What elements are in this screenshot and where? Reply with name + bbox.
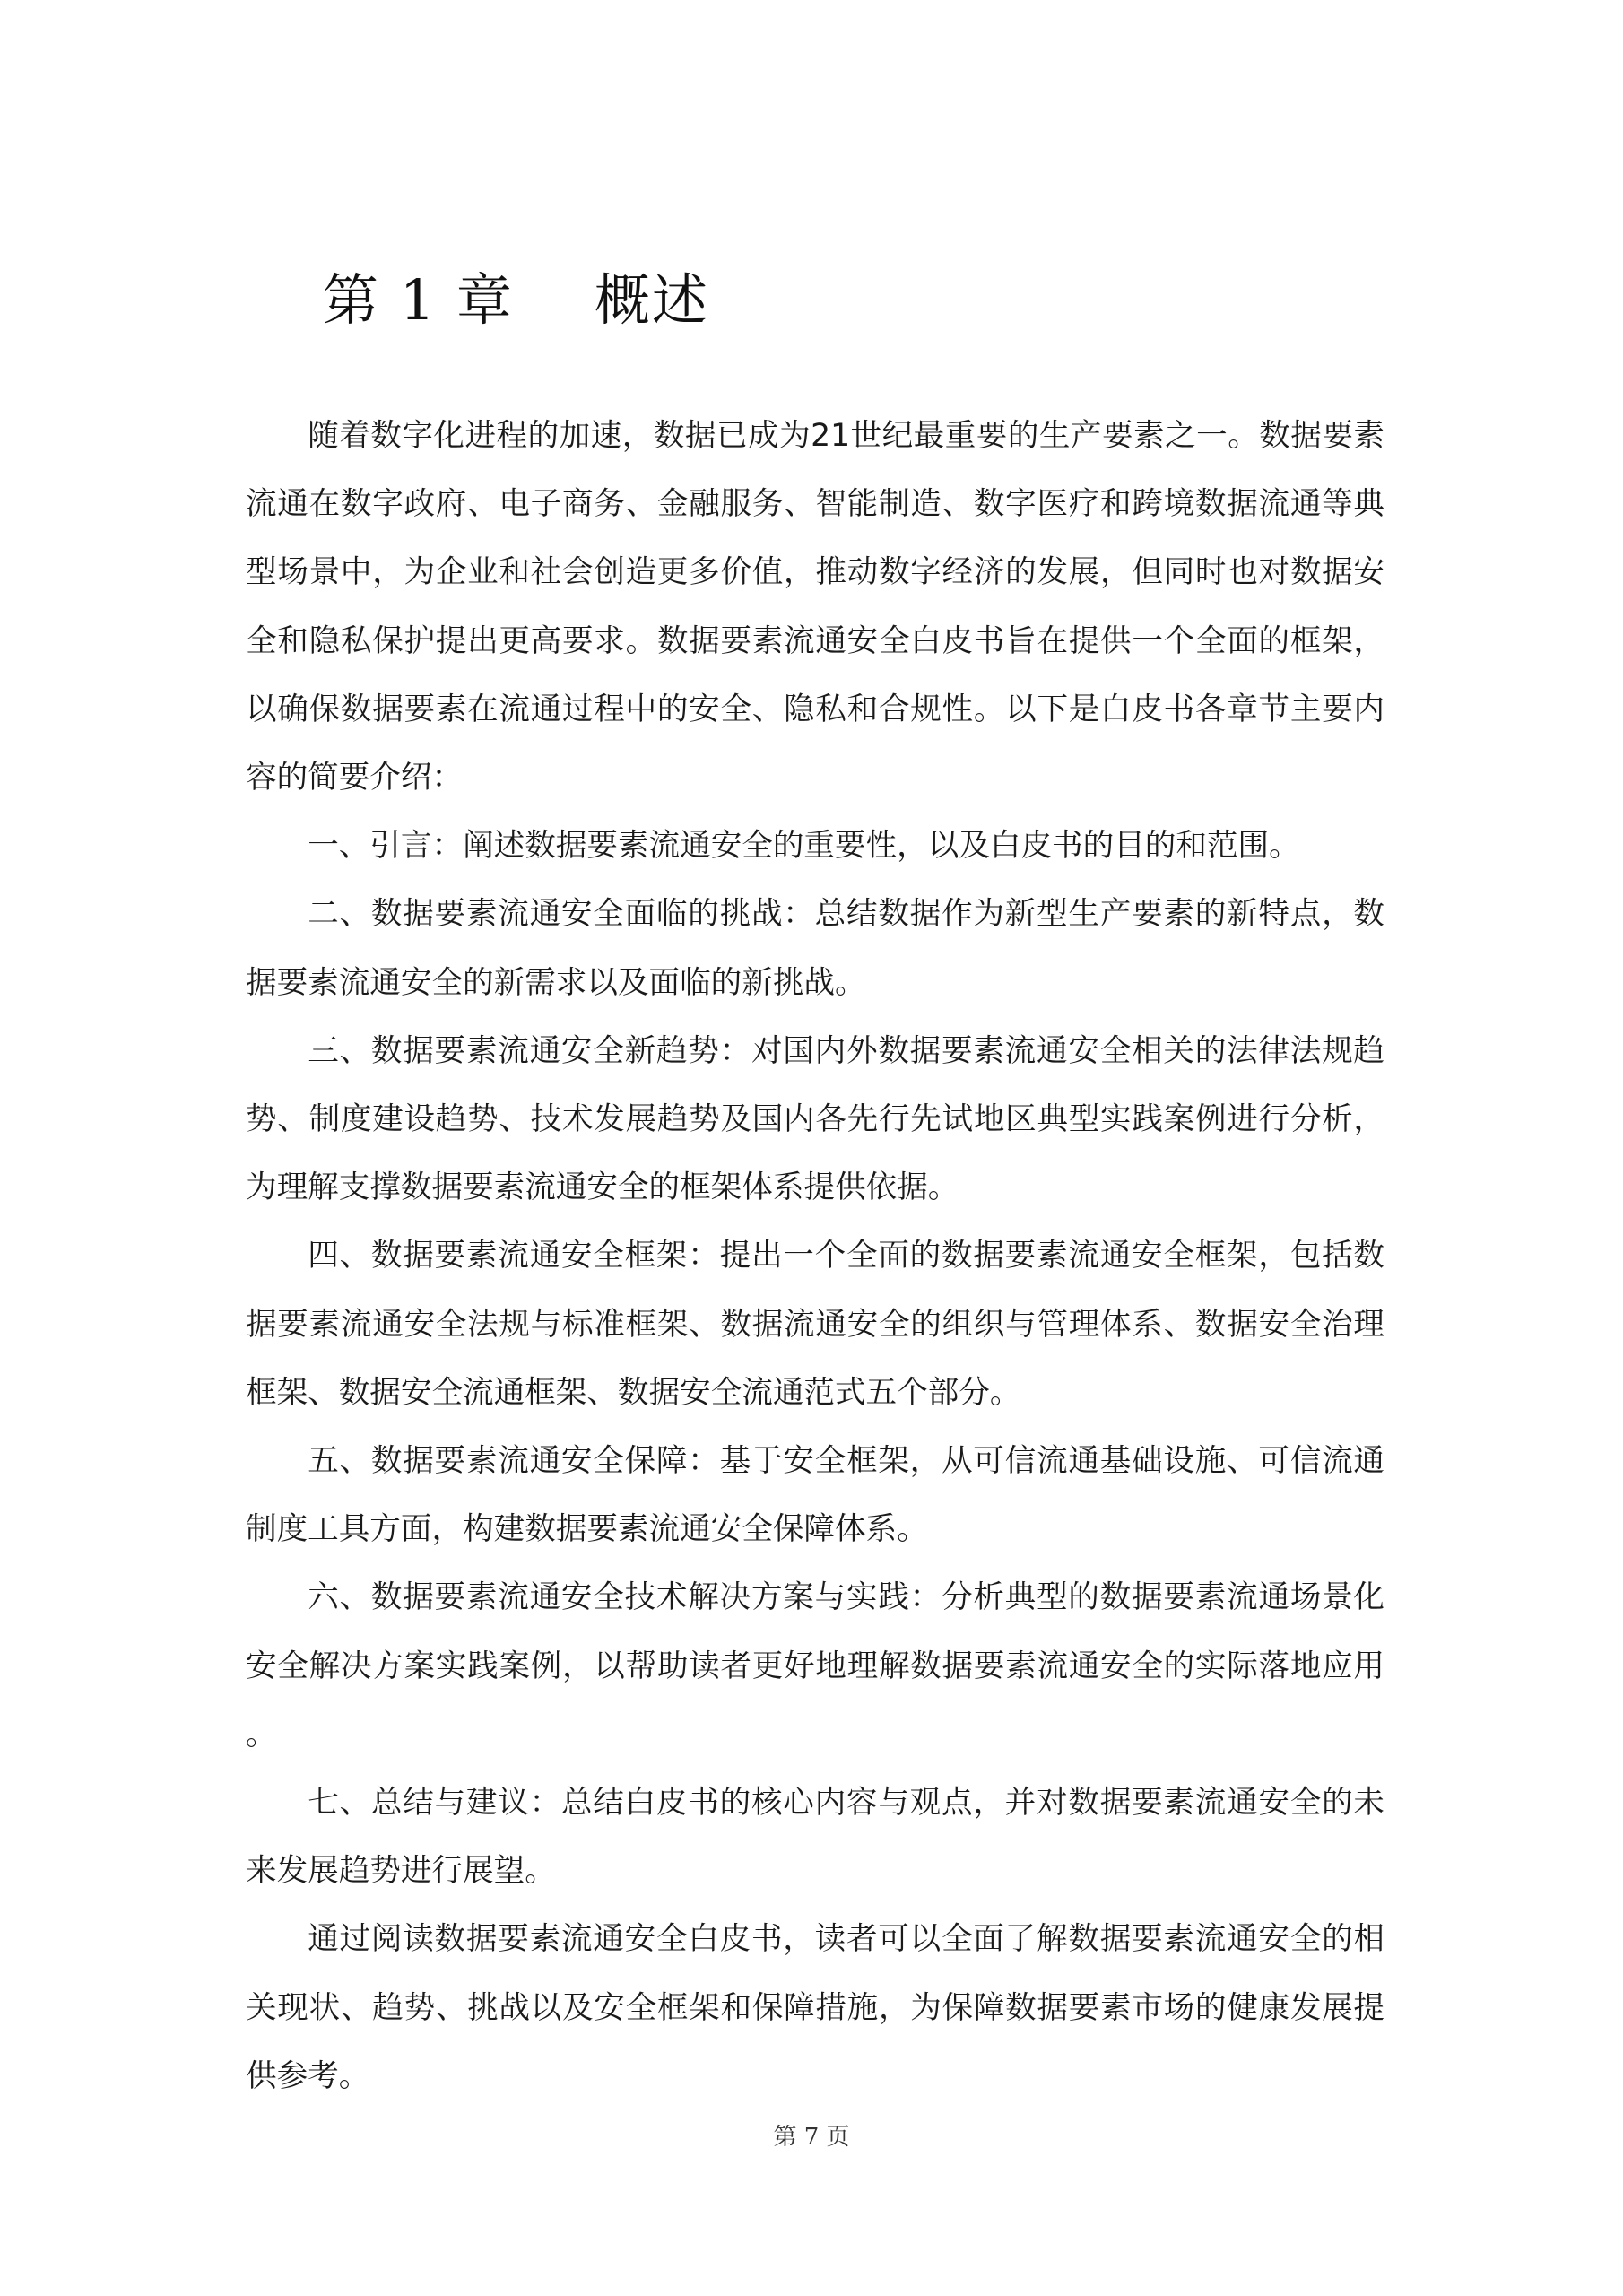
chapter-number: 第 1 章: [323, 267, 514, 333]
body-text: 随着数字化进程的加速，数据已成为21世纪最重要的生产要素之一。数据要素流通在数字…: [246, 402, 1384, 2110]
paragraph-item-3: 三、数据要素流通安全新趋势：对国内外数据要素流通安全相关的法律法规趋势、制度建设…: [246, 1017, 1384, 1222]
paragraph-intro: 随着数字化进程的加速，数据已成为21世纪最重要的生产要素之一。数据要素流通在数字…: [246, 402, 1384, 812]
paragraph-item-6: 六、数据要素流通安全技术解决方案与实践：分析典型的数据要素流通场景化安全解决方案…: [246, 1563, 1384, 1769]
paragraph-item-5: 五、数据要素流通安全保障：基于安全框架，从可信流通基础设施、可信流通制度工具方面…: [246, 1427, 1384, 1563]
page-number: 第 7 页: [0, 2118, 1623, 2152]
chapter-title-text: 概述: [595, 267, 709, 333]
paragraph-conclusion: 通过阅读数据要素流通安全白皮书，读者可以全面了解数据要素流通安全的相关现状、趋势…: [246, 1905, 1384, 2110]
chapter-heading: 第 1 章概述: [323, 256, 709, 335]
paragraph-item-1: 一、引言：阐述数据要素流通安全的重要性，以及白皮书的目的和范围。: [246, 812, 1384, 880]
paragraph-item-2: 二、数据要素流通安全面临的挑战：总结数据作为新型生产要素的新特点，数据要素流通安…: [246, 880, 1384, 1016]
document-page: 第 1 章概述 随着数字化进程的加速，数据已成为21世纪最重要的生产要素之一。数…: [0, 0, 1623, 2296]
paragraph-item-4: 四、数据要素流通安全框架：提出一个全面的数据要素流通安全框架，包括数据要素流通安…: [246, 1222, 1384, 1427]
paragraph-item-7: 七、总结与建议：总结白皮书的核心内容与观点，并对数据要素流通安全的未来发展趋势进…: [246, 1769, 1384, 1905]
